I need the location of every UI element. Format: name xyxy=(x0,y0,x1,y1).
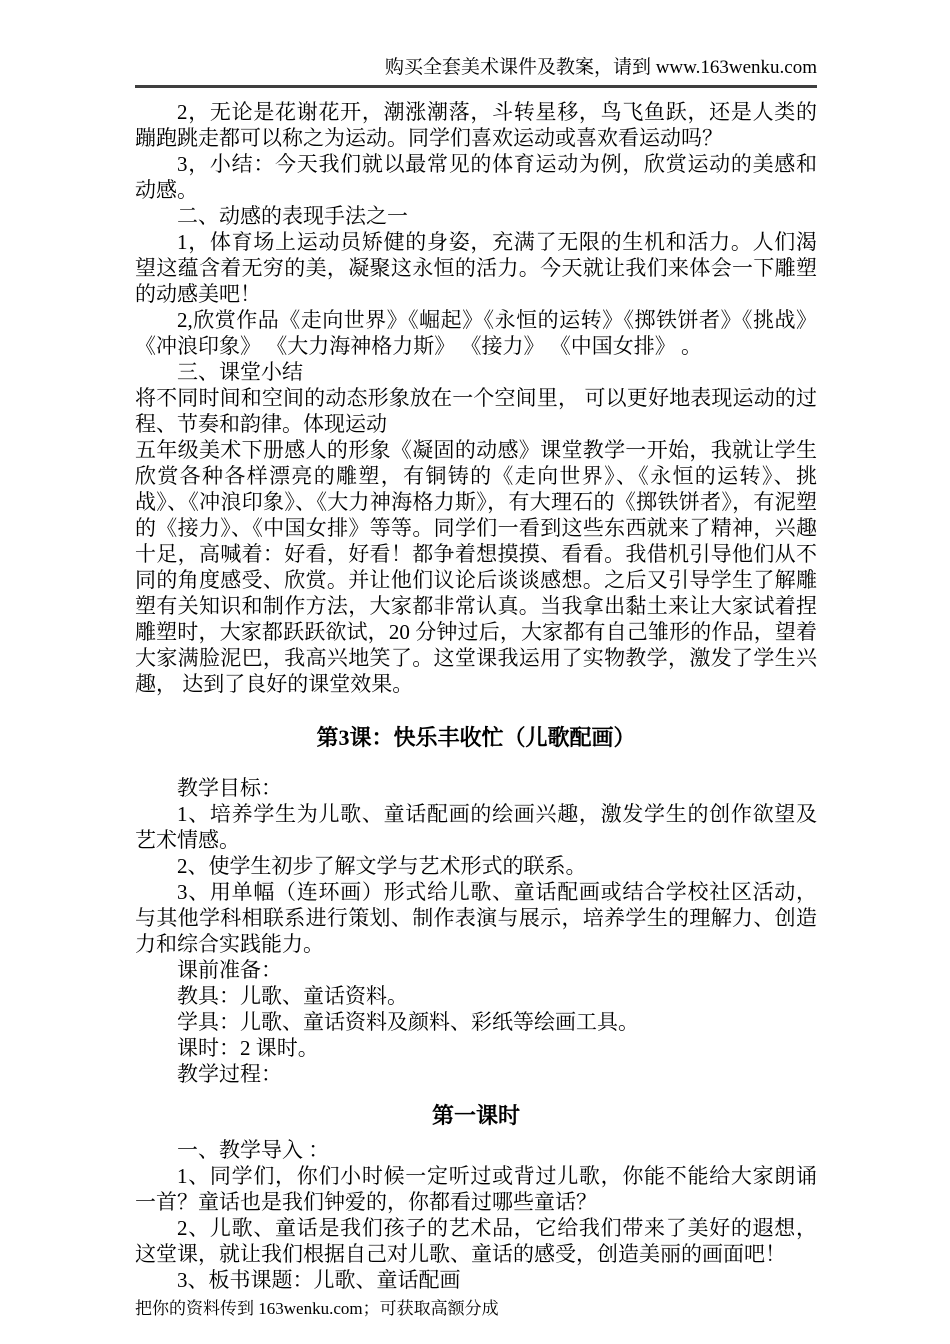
paragraph: 1、培养学生为儿歌、童话配画的绘画兴趣，激发学生的创作欲望及艺术情感。 xyxy=(135,801,817,853)
paragraph: 2、儿歌、童话是我们孩子的艺术品，它给我们带来了美好的遐想，这堂课，就让我们根据… xyxy=(135,1215,817,1267)
header-promo: 购买全套美术课件及教案，请到 www.163wenku.com xyxy=(135,56,817,88)
session1-title: 第一课时 xyxy=(135,1102,817,1130)
paragraph: 3、用单幅（连环画）形式给儿歌、童话配画或结合学校社区活动，与其他学科相联系进行… xyxy=(135,879,817,957)
header-promo-text: 购买全套美术课件及教案，请到 www.163wenku.com xyxy=(385,57,817,78)
paragraph: 教具：儿歌、童话资料。 xyxy=(135,983,817,1009)
section-heading-3: 三、课堂小结 xyxy=(135,359,817,385)
paragraph: 课时：2 课时。 xyxy=(135,1035,817,1061)
paragraph: 2,欣赏作品《走向世界》《崛起》《永恒的运转》《掷铁饼者》《挑战》《冲浪印象》 … xyxy=(135,307,817,359)
paragraph: 2，无论是花谢花开，潮涨潮落，斗转星移，鸟飞鱼跃，还是人类的蹦跑跳走都可以称之为… xyxy=(135,99,817,151)
teaching-process-label: 教学过程： xyxy=(135,1061,817,1087)
paragraph: 2、使学生初步了解文学与艺术形式的联系。 xyxy=(135,853,817,879)
document-body: 2，无论是花谢花开，潮涨潮落，斗转星移，鸟飞鱼跃，还是人类的蹦跑跳走都可以称之为… xyxy=(135,99,817,1293)
paragraph: 五年级美术下册感人的形象《凝固的动感》课堂教学一开始，我就让学生欣赏各种各样漂亮… xyxy=(135,437,817,697)
footer-note-text: 把你的资料传到 163wenku.com；可获取高额分成 xyxy=(135,1299,499,1318)
paragraph: 3、板书课题：儿歌、童话配画 xyxy=(135,1267,817,1293)
paragraph: 将不同时间和空间的动态形象放在一个空间里， 可以更好地表现运动的过程、节奏和韵律… xyxy=(135,385,817,437)
teaching-goals-label: 教学目标： xyxy=(135,775,817,801)
paragraph: 3，小结：今天我们就以最常见的体育运动为例，欣赏运动的美感和动感。 xyxy=(135,151,817,203)
document-content: 购买全套美术课件及教案，请到 www.163wenku.com 2，无论是花谢花… xyxy=(135,0,817,1320)
section-heading-2: 二、动感的表现手法之一 xyxy=(135,203,817,229)
preparation-label: 课前准备： xyxy=(135,957,817,983)
document-page: 购买全套美术课件及教案，请到 www.163wenku.com 2，无论是花谢花… xyxy=(0,0,950,1344)
footer-note: 把你的资料传到 163wenku.com；可获取高额分成 xyxy=(135,1298,817,1320)
paragraph: 一、教学导入 ： xyxy=(135,1137,817,1163)
paragraph: 1，体育场上运动员矫健的身姿，充满了无限的生机和活力。人们渴望这蕴含着无穷的美，… xyxy=(135,229,817,307)
paragraph: 1、同学们，你们小时候一定听过或背过儿歌，你能不能给大家朗诵一首？童话也是我们钟… xyxy=(135,1163,817,1215)
paragraph: 学具：儿歌、童话资料及颜料、彩纸等绘画工具。 xyxy=(135,1009,817,1035)
lesson3-title: 第3课：快乐丰收忙（儿歌配画） xyxy=(135,724,817,752)
